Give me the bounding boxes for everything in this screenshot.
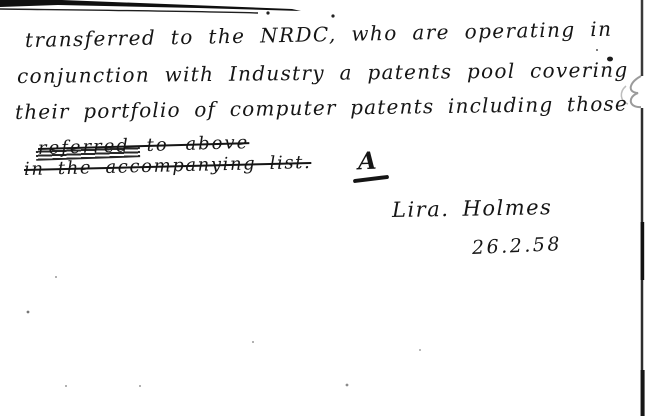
scan-noise-dot [596, 49, 598, 51]
scan-noise-dot [346, 384, 349, 387]
handwritten-line-1: transferred to the NRDC, who are operati… [25, 17, 613, 52]
handwritten-line-3: their portfolio of computer patents incl… [15, 91, 628, 124]
handwritten-line-2: conjunction with Industry a patents pool… [17, 58, 629, 88]
scanned-document-page: transferred to the NRDC, who are operati… [0, 0, 650, 416]
date: 26.2.58 [472, 233, 563, 259]
scan-noise-dot [266, 11, 269, 14]
annotation-underline [353, 175, 389, 183]
scan-noise-dot [419, 349, 421, 351]
page-edge-dark-segment [641, 222, 645, 280]
scan-noise-dot [27, 311, 30, 314]
annotation-letter: A [357, 146, 377, 176]
scan-noise-dot [331, 14, 334, 17]
scan-noise-dot [252, 341, 254, 343]
scan-noise-dot [55, 276, 57, 278]
scan-noise-dot [65, 385, 67, 387]
scan-artifact-top-edge [0, 0, 301, 11]
scan-noise-dot [139, 385, 141, 387]
scan-squiggle-mark [631, 76, 641, 107]
page-edge-dark-segment [641, 370, 645, 416]
signature: Lira. Holmes [392, 195, 553, 222]
scan-artifact-top-streak [0, 9, 258, 13]
